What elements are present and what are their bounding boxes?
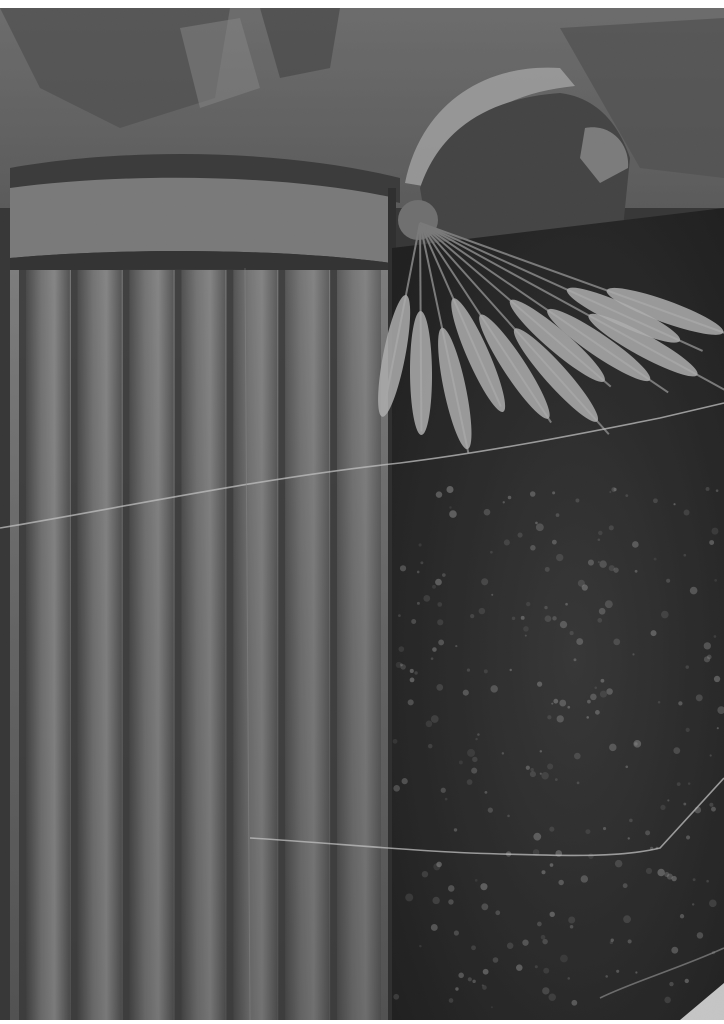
photo-canvas <box>0 8 724 1020</box>
grain-overlay <box>0 8 724 1020</box>
photograph: Fluted column beside a painted sheaf of … <box>0 8 724 1020</box>
